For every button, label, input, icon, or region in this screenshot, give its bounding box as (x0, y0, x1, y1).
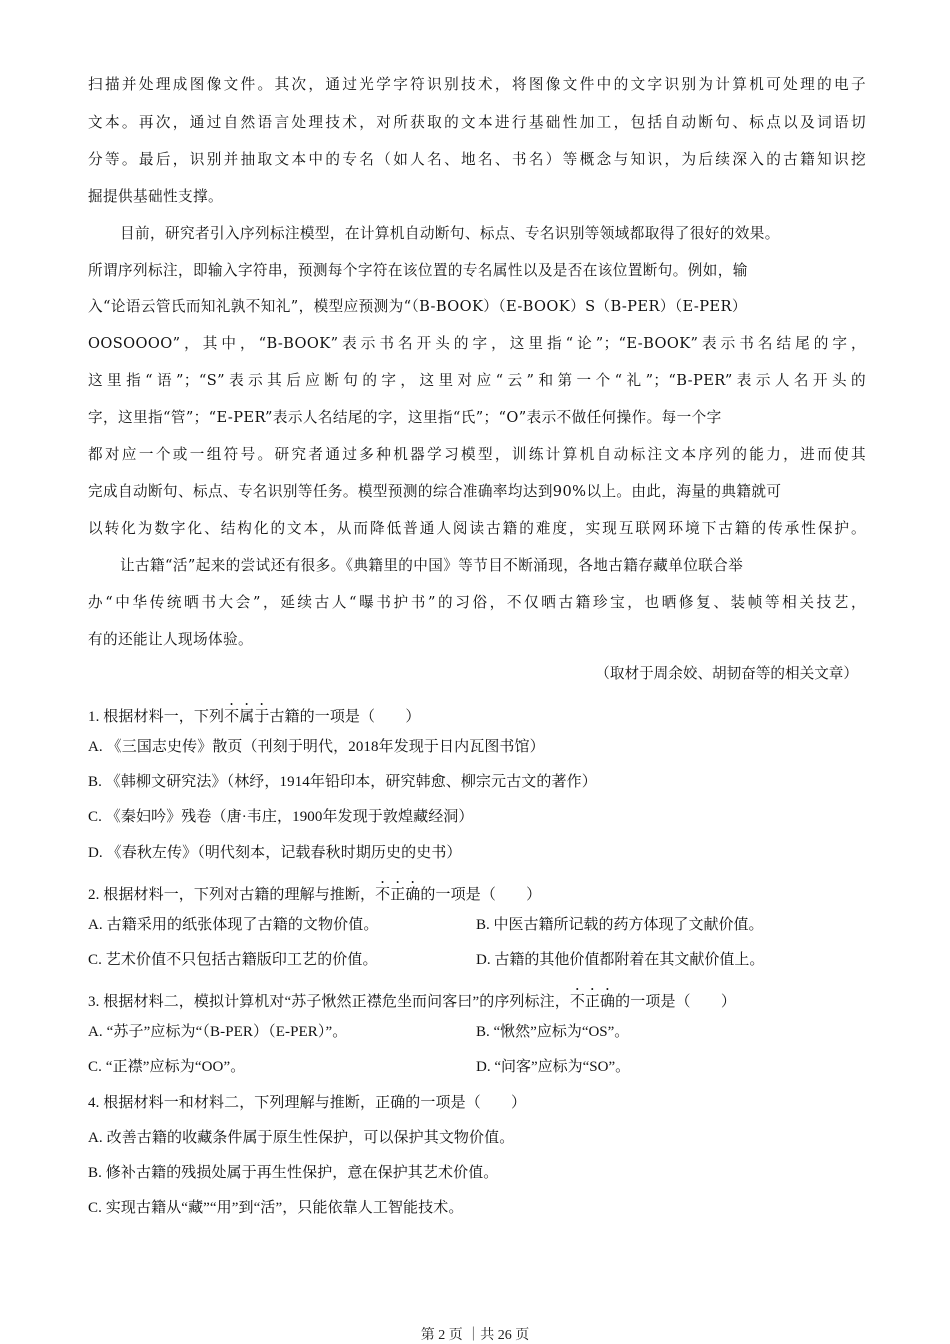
question-1-option-c: C. 《秦妇吟》残卷（唐·韦庄，1900年发现于敦煌藏经洞） (88, 807, 868, 827)
stem-emphasis: 不正确 (375, 887, 420, 903)
exam-page: 扫描并处理成图像文件。其次，通过光学字符识别技术，将图像文件中的文字识别为计算机… (0, 0, 950, 1344)
passage-line: 完成自动断句、标点、专名识别等任务。模型预测的综合准确率均达到90%以上。由此，… (88, 482, 868, 502)
passage-line: 文本。再次，通过自然语言处理技术，对所获取的文本进行基础性加工，包括自动断句、标… (88, 113, 866, 133)
passage-line: 让古籍“活”起来的尝试还有很多。《典籍里的中国》等节目不断涌现，各地古籍存藏单位… (120, 556, 900, 576)
question-3-stem: 3. 根据材料二，模拟计算机对“苏子愀然正襟危坐而问客曰”的序列标注，不正确的一… (88, 985, 868, 1012)
passage-line: 所谓序列标注，即输入字符串，预测每个字符在该位置的专名属性以及是否在该位置断句。… (88, 261, 868, 281)
page-number: 第 2 页 ｜共 26 页 (0, 1324, 950, 1344)
passage-line: 有的还能让人现场体验。 (88, 630, 868, 650)
stem-text: 3. 根据材料二，模拟计算机对“苏子愀然正襟危坐而问客曰”的序列标注， (88, 994, 570, 1010)
stem-text: 的一项是（ ） (420, 887, 541, 903)
question-4-stem: 4. 根据材料一和材料二，下列理解与推断，正确的一项是（ ） (88, 1093, 868, 1113)
passage-line: OOSOOOO”，其中，“B-BOOK”表示书名开头的字，这里指“论”；“E-B… (88, 334, 866, 354)
stem-text: 1. 根据材料一，下列 (88, 709, 224, 725)
passage-line: 分等。最后，识别并抽取文本中的专名（如人名、地名、书名）等概念与知识，为后续深入… (88, 150, 866, 170)
passage-line: 入“论语云管氏而知礼孰不知礼”，模型应预测为“（B-BOOK）（E-BOOK）S… (88, 297, 868, 317)
question-3-option-b: B. “愀然”应标为“OS”。 (476, 1022, 629, 1042)
passage-line: 办“中华传统晒书大会”，延续古人“曝书护书”的习俗，不仅晒古籍珍宝，也晒修复、装… (88, 593, 866, 613)
stem-emphasis: 不属于 (224, 709, 269, 725)
stem-text: 古籍的一项是（ ） (269, 709, 420, 725)
question-1-option-b: B. 《韩柳文研究法》（林纾，1914年铅印本，研究韩愈、柳宗元古文的著作） (88, 772, 868, 792)
question-3-option-d: D. “问客”应标为“SO”。 (476, 1057, 630, 1077)
question-1-option-a: A. 《三国志史传》散页（刊刻于明代，2018年发现于日内瓦图书馆） (88, 737, 868, 757)
passage-line: 掘提供基础性支撑。 (88, 187, 868, 207)
question-4-option-c: C. 实现古籍从“藏”“用”到“活”，只能依靠人工智能技术。 (88, 1198, 868, 1218)
question-1-stem: 1. 根据材料一，下列不属于古籍的一项是（ ） (88, 700, 868, 727)
passage-line: 这里指“语”；“S”表示其后应断句的字，这里对应“云”和第一个“礼”；“B-PE… (88, 371, 866, 391)
passage-line: 以转化为数字化、结构化的文本，从而降低普通人阅读古籍的难度，实现互联网环境下古籍… (88, 519, 866, 539)
stem-text: 4. 根据材料一和材料二，下列理解与推断，正确的一项是（ ） (88, 1095, 526, 1111)
stem-text: 2. 根据材料一，下列对古籍的理解与推断， (88, 887, 375, 903)
passage-line: 扫描并处理成图像文件。其次，通过光学字符识别技术，将图像文件中的文字识别为计算机… (88, 75, 866, 95)
stem-text: 的一项是（ ） (615, 994, 736, 1010)
passage-line: 目前，研究者引入序列标注模型，在计算机自动断句、标点、专名识别等领域都取得了很好… (120, 224, 900, 244)
stem-emphasis: 不正确 (570, 994, 615, 1010)
passage-line: 字，这里指“管”；“E-PER”表示人名结尾的字，这里指“氏”；“O”表示不做任… (88, 408, 868, 428)
question-1-option-d: D. 《春秋左传》（明代刻本，记载春秋时期历史的史书） (88, 843, 868, 863)
source-citation: （取材于周余姣、胡韧奋等的相关文章） (595, 664, 858, 684)
passage-line: 都对应一个或一组符号。研究者通过多种机器学习模型，训练计算机自动标注文本序列的能… (88, 445, 866, 465)
question-4-option-a: A. 改善古籍的收藏条件属于原生性保护，可以保护其文物价值。 (88, 1128, 868, 1148)
question-4-option-b: B. 修补古籍的残损处属于再生性保护，意在保护其艺术价值。 (88, 1163, 868, 1183)
question-2-option-d: D. 古籍的其他价值都附着在其文献价值上。 (476, 950, 764, 970)
question-2-option-b: B. 中医古籍所记载的药方体现了文献价值。 (476, 915, 764, 935)
question-2-stem: 2. 根据材料一，下列对古籍的理解与推断，不正确的一项是（ ） (88, 878, 868, 905)
